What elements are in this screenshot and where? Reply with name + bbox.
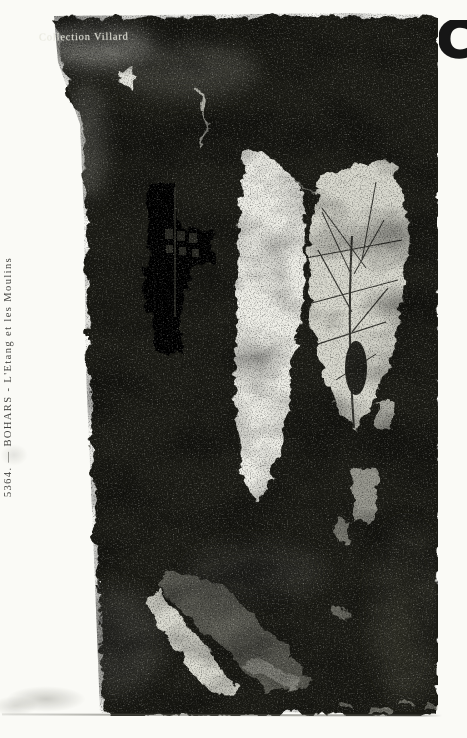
collection-label: Collection Villard bbox=[39, 32, 129, 44]
photo-bottom-edge-line bbox=[2, 713, 442, 716]
corner-c-mark: C bbox=[439, 20, 467, 62]
photo-area: Collection Villard bbox=[36, 12, 438, 716]
photo-image bbox=[36, 12, 438, 716]
corner-c-glyph: C bbox=[439, 20, 465, 61]
postcard-scan: Collection Villard 5364. — BOHARS - L'Et… bbox=[0, 0, 467, 738]
caption-vertical: 5364. — BOHARS - L'Etang et les Moulins bbox=[3, 230, 21, 524]
